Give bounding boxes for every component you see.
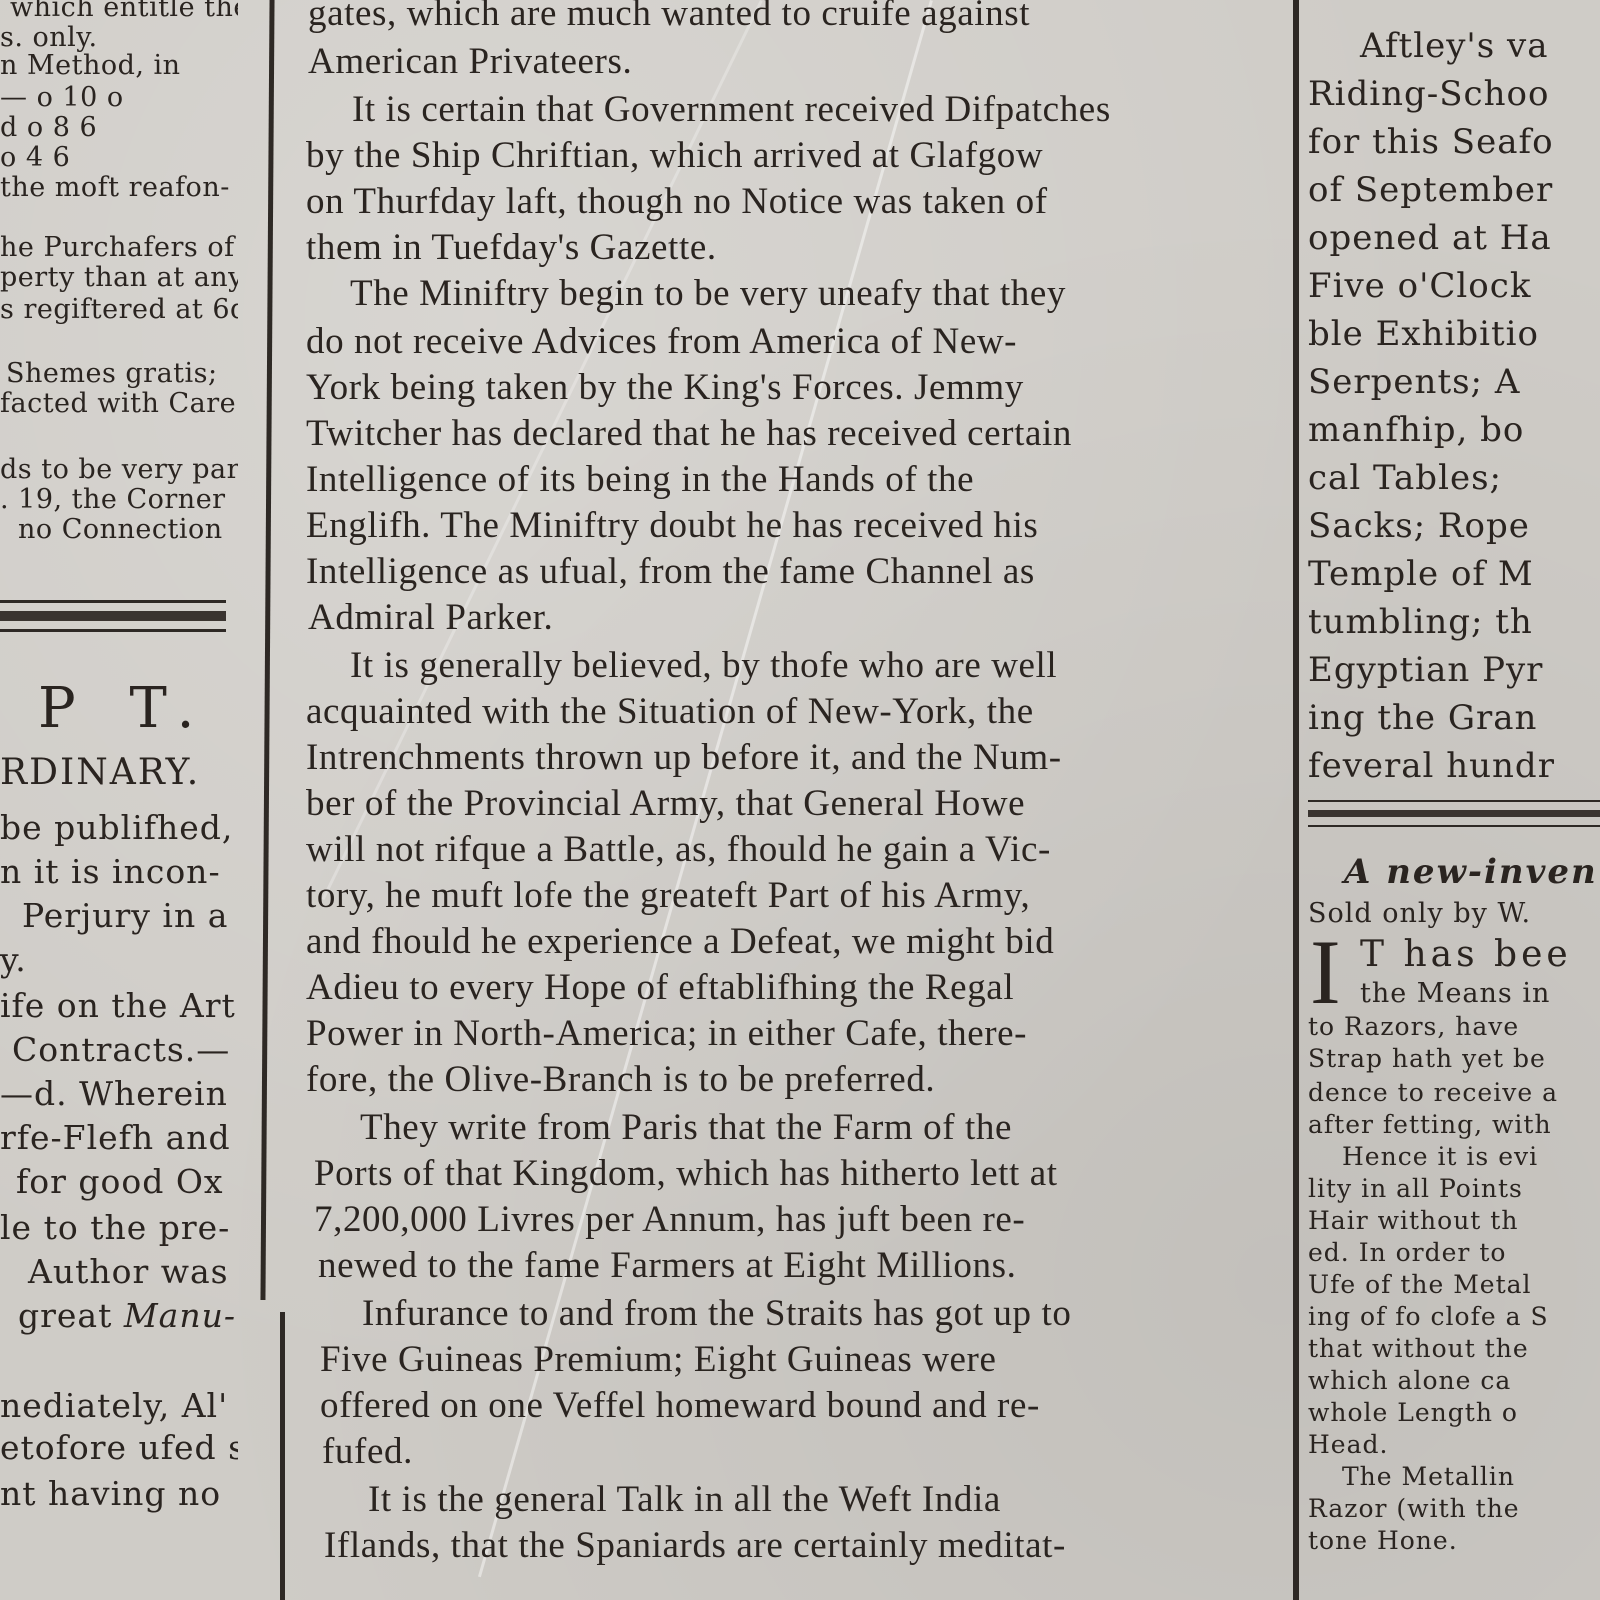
text-line: It is the general Talk in all the Weft I… [368,1478,1001,1521]
text-line: on Thurfday laft, though no Notice was t… [306,180,1048,223]
text-line: opened at Ha [1308,218,1552,258]
text-line: Five o'Clock [1308,266,1531,306]
section-divider-rule [1308,800,1600,835]
text-line: tone Hone. [1308,1526,1458,1555]
divider-thin-rule [1308,800,1600,802]
text-line: newed to the fame Farmers at Eight Milli… [318,1244,1016,1287]
left-heading-letters: P T. [38,676,212,741]
section-divider-rule [0,600,226,640]
text-line: It is certain that Government received D… [352,88,1111,131]
text-line: fore, the Olive-Branch is to be preferre… [306,1058,935,1101]
text-line: facted with Care [0,388,236,419]
text-line: dence to receive a [1308,1078,1558,1107]
text-line: he Purchafers of [0,232,235,263]
text-line: o 4 6 [0,142,70,173]
text-line: Five Guineas Premium; Eight Guineas were [320,1338,997,1381]
text-line: by the Ship Chriftian, which arrived at … [306,134,1043,177]
text-line: rfe-Flefh and [0,1118,231,1157]
text-line: American Privateers. [308,40,632,83]
text-line: perty than at any [0,262,238,293]
text-line: d o 8 6 [0,112,97,143]
text-line: gates, which are much wanted to cruife a… [308,0,1030,35]
text-line: which entitle the [10,0,238,23]
advertisement-heading: A new-inven [1344,852,1598,892]
text-line: s. only. [0,22,98,53]
text-line: manfhip, bo [1308,410,1524,450]
text-line: The Miniftry begin to be very uneafy tha… [350,272,1066,315]
text-line: Ufe of the Metal [1308,1270,1532,1299]
right-column: Aftley's vaRiding-Schoofor this Seafoof … [1308,0,1600,1600]
text-line: for this Seafo [1308,122,1554,162]
text-line: Sacks; Rope [1308,506,1530,546]
divider-thin-rule [0,600,226,603]
middle-column: gates, which are much wanted to cruife a… [300,0,1260,1600]
text-line: that without the [1308,1334,1529,1363]
text-line: Power in North-America; in either Cafe, … [306,1012,1027,1055]
text-line: Adieu to every Hope of eftablifhing the … [306,966,1014,1009]
text-line: Englifh. The Miniftry doubt he has recei… [306,504,1038,547]
text-line: York being taken by the King's Forces. J… [306,366,1024,409]
text-line: offered on one Veffel homeward bound and… [320,1384,1040,1427]
text-line: ds to be very par- [0,454,238,485]
text-line: Perjury in a [22,896,228,935]
text-line: T has bee [1360,934,1572,975]
text-line: Intrenchments thrown up before it, and t… [306,736,1062,779]
text-line: acquainted with the Situation of New-Yor… [306,690,1034,733]
text-line: The Metallin [1342,1462,1515,1491]
text-line: Twitcher has declared that he has receiv… [306,412,1072,455]
text-line: tory, he muft lofe the greateft Part of … [306,874,1030,917]
text-line: Head. [1308,1430,1388,1459]
text-line: do not receive Advices from America of N… [306,320,1017,363]
divider-thin-rule [0,629,226,632]
left-heading-ordinary: RDINARY. [0,752,200,793]
text-line: — o 10 o [0,82,124,113]
text-line: to Razors, have [1308,1012,1519,1041]
text-line: They write from Paris that the Farm of t… [360,1106,1012,1149]
drop-cap-letter: I [1310,926,1341,1018]
text-line: n Method, in [0,50,181,81]
text-line: . 19, the Corner [0,484,226,515]
text-line: lity in all Points [1308,1174,1523,1203]
text-line: the moft reafon- [0,172,230,203]
text-line: great Manu- [18,1296,236,1335]
text-line: of September [1308,170,1553,210]
text-line: ble Exhibitio [1308,314,1539,354]
text-line: n it is incon- [0,852,221,891]
text-line: —d. Wherein [0,1074,228,1113]
text-line: Iflands, that the Spaniards are certainl… [324,1524,1066,1567]
text-line: Author was [28,1252,229,1291]
text-line: cal Tables; [1308,458,1502,498]
text-line: Ports of that Kingdom, which has hithert… [314,1152,1058,1195]
text-line: whole Length o [1308,1398,1518,1427]
text-line: le to the pre- [0,1208,230,1247]
text-line: fufed. [322,1430,413,1473]
text-line: Strap hath yet be [1308,1044,1546,1073]
text-line: which alone ca [1308,1366,1511,1395]
text-line: will not rifque a Battle, as, fhould he … [306,828,1051,871]
text-line: Aftley's va [1360,26,1549,66]
text-line: after fetting, with [1308,1110,1552,1139]
text-line: Contracts.— [12,1030,230,1069]
text-line: them in Tuefday's Gazette. [306,226,717,269]
text-line: ing the Gran [1308,698,1537,738]
text-line: Riding-Schoo [1308,74,1549,114]
text-line: no Connection [18,514,223,545]
text-line: y. [0,940,27,979]
newspaper-page: which entitle thes. only.n Method, in— o… [0,0,1600,1600]
text-line: Razor (with the [1308,1494,1520,1523]
text-line: be publifhed, [0,808,233,847]
text-line: nediately, Al' [0,1386,228,1425]
text-line: Hair without th [1308,1206,1518,1235]
text-line: nt having no [0,1474,221,1513]
text-line: Intelligence of its being in the Hands o… [306,458,974,501]
text-line: etofore ufed s [0,1428,238,1467]
text-line: tumbling; th [1308,602,1533,642]
text-line: and fhould he experience a Defeat, we mi… [306,920,1054,963]
text-line: Intelligence as ufual, from the fame Cha… [306,550,1035,593]
text-line: Serpents; A [1308,362,1520,402]
column-rule-left-lower [280,1312,285,1600]
text-line: Shemes gratis; [6,358,218,389]
divider-thick-rule [1308,810,1600,817]
text-line: Egyptian Pyr [1308,650,1543,690]
text-line: feveral hundr [1308,746,1555,786]
divider-thick-rule [0,611,226,621]
text-line: the Means in [1360,978,1550,1009]
text-line: Infurance to and from the Straits has go… [362,1292,1071,1335]
left-column: which entitle thes. only.n Method, in— o… [0,0,238,1600]
advertisement-subheading: Sold only by W. [1308,898,1531,929]
text-line: s regiftered at 6d. [0,294,238,325]
text-line: Admiral Parker. [308,596,553,639]
text-line: 7,200,000 Livres per Annum, has juft bee… [314,1198,1025,1241]
column-rule-right [1293,0,1299,1600]
text-line: ber of the Provincial Army, that General… [306,782,1025,825]
text-line: ed. In order to [1308,1238,1506,1267]
column-rule-left-upper [260,0,274,1300]
text-line: ife on the Art [0,986,236,1025]
text-line: It is generally believed, by thofe who a… [350,644,1057,687]
text-line: ing of fo clofe a S [1308,1302,1549,1331]
text-line: for good Ox [16,1162,224,1201]
divider-thin-rule [1308,825,1600,827]
text-line: Hence it is evi [1342,1142,1538,1171]
text-line: Temple of M [1308,554,1534,594]
